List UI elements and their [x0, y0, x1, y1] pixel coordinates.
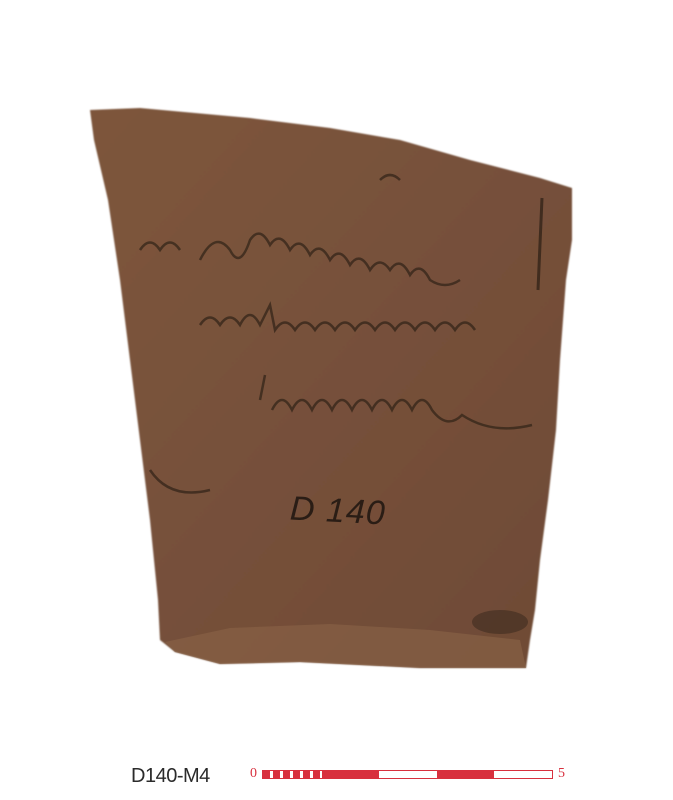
dark-stain — [472, 610, 528, 634]
sherd-body — [90, 108, 572, 668]
scale-start-label: 0 — [250, 766, 257, 782]
scale-end-label: 5 — [558, 766, 565, 782]
photo-page: D 140 D140-M4 0 5 — [0, 0, 673, 800]
inventory-mark: D 140 — [289, 490, 387, 534]
scale-bar-graphic — [262, 770, 554, 780]
scale-bar: 0 5 — [248, 764, 578, 788]
ostracon-sherd — [0, 0, 673, 760]
specimen-caption: D140-M4 — [131, 765, 210, 788]
